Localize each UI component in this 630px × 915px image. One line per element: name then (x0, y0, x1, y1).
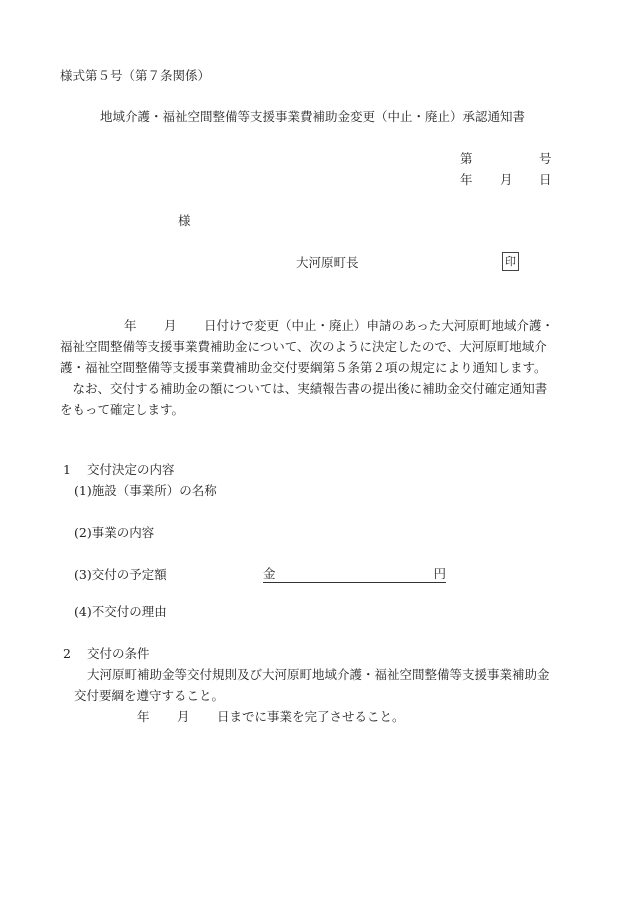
section2-line3-month: 月 (177, 709, 190, 725)
body-line1-month: 月 (164, 318, 177, 334)
item1-facility-name-label: (1)施設（事業所）の名称 (74, 483, 217, 499)
date-month: 月 (500, 172, 513, 188)
amount-field: 金 円 (263, 566, 446, 583)
section2-heading: 交付の条件 (87, 646, 150, 662)
doc-number-prefix: 第 (460, 151, 473, 167)
doc-number-suffix: 号 (539, 151, 552, 167)
item4-non-grant-reason-label: (4)不交付の理由 (74, 604, 167, 620)
issuer-name: 大河原町長 (296, 255, 359, 271)
section2-line3-year: 年 (137, 709, 150, 725)
section2-line1: 大河原町補助金等交付規則及び大河原町地域介護・福祉空間整備等支援事業補助金 (87, 667, 550, 683)
amount-prefix: 金 (263, 566, 276, 582)
body-line5: をもって確定します。 (60, 402, 184, 418)
document-title: 地域介護・福祉空間整備等支援事業費補助金変更（中止・廃止）承認通知書 (100, 109, 525, 125)
body-line4: なお、交付する補助金の額については、実績報告書の提出後に補助金交付確定通知書 (60, 381, 547, 397)
item3-planned-amount-label: (3)交付の予定額 (74, 567, 167, 583)
body-line3: 護・福祉空間整備等支援事業費補助金交付要綱第５条第２項の規定により通知します。 (60, 360, 547, 376)
body-line1-year: 年 (124, 318, 137, 334)
section1-number: 1 (63, 462, 71, 478)
recipient-suffix: 様 (178, 213, 191, 229)
item2-project-content-label: (2)事業の内容 (74, 525, 154, 541)
section2-line3-rest: 日までに事業を完了させること。 (217, 709, 405, 725)
body-line1-rest: 日付けで変更（中止・廃止）申請のあった大河原町地域介護・ (204, 318, 554, 334)
section2-number: 2 (63, 646, 71, 662)
date-year: 年 (460, 172, 473, 188)
form-label: 様式第５号（第７条関係） (60, 68, 210, 84)
section1-heading: 交付決定の内容 (87, 462, 175, 478)
section2-line2: 交付要綱を遵守すること。 (74, 688, 224, 704)
date-day: 日 (539, 172, 552, 188)
seal-mark: 印 (502, 252, 519, 271)
body-line2: 福祉空間整備等支援事業費補助金について、次のように決定したので、大河原町地域介 (60, 339, 547, 355)
amount-suffix: 円 (433, 566, 446, 582)
